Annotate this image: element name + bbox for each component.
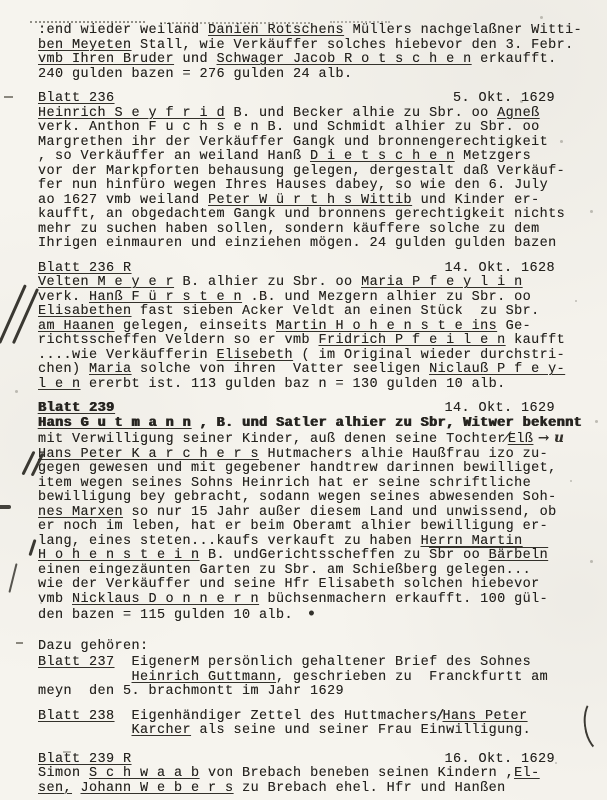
underlined-name: vmb Ihren Bruder bbox=[38, 52, 174, 67]
text-segment: einen eingezäunten Garten zu Sbr. am Sch… bbox=[38, 563, 531, 578]
document-line: item wegen seines Sohns Heinrich hat er … bbox=[38, 477, 595, 492]
margin-double-slash-large-icon bbox=[0, 284, 26, 343]
scanned-document-page: :end wieder weiland Danien Rotschens Mül… bbox=[0, 0, 607, 800]
document-line: ben Meyeten Stall, wie Verkäuffer solche… bbox=[38, 39, 595, 54]
underlined-name: Heinrich S e y f r i d bbox=[38, 106, 225, 121]
text-segment: solche von ihren Vatter seeligen bbox=[132, 362, 430, 377]
text-segment: EigenerM persönlich gehaltener Brief des… bbox=[115, 655, 532, 670]
document-line: Elisabethen fast sieben Acker Veldt an e… bbox=[38, 305, 595, 320]
handwritten-mark: • bbox=[293, 606, 316, 622]
underlined-name: Maria bbox=[89, 362, 132, 377]
intro-paragraph: :end wieder weiland Danien Rotschens Mül… bbox=[38, 24, 595, 82]
entry-blatt-236: Blatt 2365. Okt. 1629Heinrich S e y f r … bbox=[38, 92, 595, 252]
text-segment: er noch im leben, hat er beim Oberamt al… bbox=[38, 519, 548, 534]
text-segment: kaufft, an obgedachtem Gangk und bronnen… bbox=[38, 207, 565, 222]
text-segment: chen) bbox=[38, 362, 89, 377]
entry-blatt-239: Blatt 23914. Okt. 1629Hans G u t m a n n… bbox=[38, 402, 595, 624]
text-segment bbox=[72, 781, 81, 796]
underlined-name: Elisebeth bbox=[217, 348, 294, 363]
text-segment: mehr zu suchen haben sollen, sondern käu… bbox=[38, 222, 540, 237]
document-line: , so Verkäuffer an weiland Hanß D i e t … bbox=[38, 150, 595, 165]
scan-speck bbox=[595, 420, 598, 423]
document-line: mehr zu suchen haben sollen, sondern käu… bbox=[38, 223, 595, 238]
underlined-name: Elisabethen bbox=[38, 304, 132, 319]
text-segment: Stall, wie Verkäuffer solches hiebevor d… bbox=[132, 38, 574, 53]
text-segment: vmb bbox=[38, 592, 72, 607]
text-segment: büchsenmachern erkaufft. 100 gül- bbox=[259, 592, 548, 607]
underlined-name: Niclauß P f e y- bbox=[429, 362, 565, 377]
document-line: l e n ererbt ist. 113 gulden baz n = 130… bbox=[38, 378, 595, 393]
underlined-name: Heinrich Guttmann bbox=[132, 670, 277, 685]
text-segment bbox=[38, 670, 132, 685]
blatt-label: Blatt 239 R bbox=[38, 752, 132, 767]
underlined-name: El- bbox=[514, 766, 540, 781]
text-segment: mit Verwilligung seiner Kinder, auß dene… bbox=[38, 432, 506, 447]
text-segment: Eigenhändiger Zettel des Huttmachers bbox=[115, 709, 438, 724]
underlined-name: Elß bbox=[508, 432, 534, 447]
document-line: meyn den 5. brachmontt im Jahr 1629 bbox=[38, 685, 595, 700]
entry-header-line: Blatt 23914. Okt. 1629 bbox=[38, 402, 595, 417]
text-segment: Simon bbox=[38, 766, 89, 781]
document-text: :end wieder weiland Danien Rotschens Mül… bbox=[38, 24, 595, 796]
document-line: Blatt 238 Eigenhändiger Zettel des Huttm… bbox=[38, 708, 595, 725]
scan-speck bbox=[15, 390, 18, 393]
underlined-name: D i e t s c h e n bbox=[310, 149, 455, 164]
document-line: vmb Ihren Bruder und Schwager Jacob R o … bbox=[38, 53, 595, 68]
document-line: H o h e n s t e i n B. undGerichtsscheff… bbox=[38, 549, 595, 564]
text-segment: und bbox=[174, 52, 217, 67]
entry-blatt-237: Blatt 237 EigenerM persönlich gehaltener… bbox=[38, 656, 595, 700]
text-segment: fer nun hinfüro wegen Ihres Hauses dabey… bbox=[38, 178, 548, 193]
text-segment: lang, eines steten...kaufs verkauft zu h… bbox=[38, 534, 421, 549]
entry-date: 14. Okt. 1628 bbox=[444, 262, 555, 277]
document-line: Hans Peter K a r c h e r s Hutmachers al… bbox=[38, 448, 595, 463]
underlined-name: nes Marxen bbox=[38, 505, 123, 520]
text-segment: richtsscheffen Veldern so er vmb bbox=[38, 333, 319, 348]
document-line: ....wie Verkäufferin Elisebeth ( im Orig… bbox=[38, 349, 595, 364]
entry-header-line: Blatt 2365. Okt. 1629 bbox=[38, 92, 595, 107]
entry-header-line: Blatt 236 R14. Okt. 1628 bbox=[38, 262, 595, 277]
document-line: Karcher als seine und seiner Frau Einwil… bbox=[38, 724, 595, 739]
text-segment bbox=[38, 723, 132, 738]
dazu-gehoeren-heading: Dazu gehören: bbox=[38, 640, 595, 655]
document-line: chen) Maria solche von ihren Vatter seel… bbox=[38, 363, 595, 378]
margin-slash-icon bbox=[8, 563, 17, 593]
underlined-name: Martin H o h e n s t e ins bbox=[276, 319, 497, 334]
text-segment: als seine und seiner Frau Einwilligung. bbox=[191, 723, 531, 738]
document-line: :end wieder weiland Danien Rotschens Mül… bbox=[38, 24, 595, 39]
scan-speck bbox=[540, 16, 543, 19]
underlined-name: Velten M e y e r bbox=[38, 275, 174, 290]
text-segment: fast sieben Acker Veldt an einen Stück z… bbox=[132, 304, 540, 319]
text-segment: Müllers nachgelaßner Witti- bbox=[344, 23, 582, 38]
text-segment: Ge- bbox=[497, 319, 531, 334]
document-line: Ihrigen einmauren und einziehen mögen. 2… bbox=[38, 237, 595, 252]
document-line: verk. Hanß F ü r s t e n .B. und Mezgern… bbox=[38, 291, 595, 306]
blatt-label: Blatt 239 bbox=[38, 401, 115, 416]
document-line: einen eingezäunten Garten zu Sbr. am Sch… bbox=[38, 564, 595, 579]
scan-dash bbox=[16, 642, 23, 644]
text-segment: erkaufft. bbox=[472, 52, 557, 67]
underlined-name: Blatt 237 bbox=[38, 655, 115, 670]
document-line: den bazen = 115 gulden 10 alb. • bbox=[38, 607, 595, 624]
document-line: Heinrich S e y f r i d B. und Becker alh… bbox=[38, 107, 595, 122]
document-line: 240 gulden bazen = 276 gulden 24 alb. bbox=[38, 68, 595, 83]
text-segment: zu Brebach ehel. Hfr und Hanßen bbox=[234, 781, 506, 796]
document-line: wie der Verkäuffer und seine Hfr Elisabe… bbox=[38, 578, 595, 593]
underlined-name: Peter W ü r t h s Wittib bbox=[208, 193, 412, 208]
underlined-name: Schwager Jacob R o t s c h e n bbox=[217, 52, 472, 67]
underlined-name: sen, bbox=[38, 781, 72, 796]
document-line: bewilligung bey gebracht, sodann wegen s… bbox=[38, 491, 595, 506]
text-segment: , so Verkäuffer an weiland Hanß bbox=[38, 149, 310, 164]
text-segment: , geschrieben zu Franckfurtt am bbox=[276, 670, 548, 685]
document-line: Dazu gehören: bbox=[38, 640, 595, 655]
underlined-name: Hans Peter bbox=[443, 709, 528, 724]
text-segment: kaufft bbox=[506, 333, 566, 348]
underlined-name: ben Meyeten bbox=[38, 38, 132, 53]
document-line: richtsscheffen Veldern so er vmb Fridric… bbox=[38, 334, 595, 349]
margin-tick-icon bbox=[28, 539, 36, 556]
document-line: ao 1627 vmb weiland Peter W ü r t h s Wi… bbox=[38, 194, 595, 209]
entry-blatt-238: Blatt 238 Eigenhändiger Zettel des Huttm… bbox=[38, 708, 595, 739]
text-segment: item wegen seines Sohns Heinrich hat er … bbox=[38, 476, 531, 491]
text-segment: Hutmachers alhie Haußfrau izo zu- bbox=[259, 447, 548, 462]
text-segment: gelegen, einseits bbox=[115, 319, 277, 334]
document-line: Margrethen ihr der Verkäuffer Gangk und … bbox=[38, 136, 595, 151]
text-segment: Sbr oo bbox=[429, 548, 489, 563]
text-segment: meyn den 5. brachmontt im Jahr 1629 bbox=[38, 684, 344, 699]
underlined-name: Agneß bbox=[497, 106, 540, 121]
entry-blatt-236r: Blatt 236 R14. Okt. 1628Velten M e y e r… bbox=[38, 262, 595, 393]
underlined-name: Fridrich P f e i l e n bbox=[319, 333, 506, 348]
text-segment: Ihrigen einmauren und einziehen mögen. 2… bbox=[38, 236, 557, 251]
document-line: gegen gewesen und mit gegebener handtrew… bbox=[38, 462, 595, 477]
text-segment: bewilligung bey gebracht, sodann wegen s… bbox=[38, 490, 557, 505]
text-segment: und Kinder er- bbox=[412, 193, 540, 208]
underlined-name: Blatt 238 bbox=[38, 709, 115, 724]
text-segment: wie der Verkäuffer und seine Hfr Elisabe… bbox=[38, 577, 540, 592]
text-segment: B. undGerichtsscheffen zu bbox=[200, 548, 430, 563]
underlined-name: Nicklaus D o n n e r n bbox=[72, 592, 259, 607]
text-segment: 240 gulden bazen = 276 gulden 24 alb. bbox=[38, 67, 353, 82]
underlined-name: Karcher bbox=[132, 723, 192, 738]
text-segment: Margrethen ihr der Verkäuffer Gangk und … bbox=[38, 135, 548, 150]
entry-date: 16. Okt. 1629 bbox=[444, 753, 555, 768]
handwritten-mark: → u bbox=[533, 430, 564, 446]
underlined-name: S c h w a a b bbox=[89, 766, 200, 781]
entry-date: 14. Okt. 1629 bbox=[444, 402, 555, 417]
blatt-label: Blatt 236 R bbox=[38, 261, 132, 276]
document-line: nes Marxen so nur 15 Jahr außer diesem L… bbox=[38, 506, 595, 521]
underlined-name: l e n bbox=[38, 377, 81, 392]
underlined-name: Hanß F ü r s t e n bbox=[89, 290, 242, 305]
underlined-name: Johann W e b e r s bbox=[81, 781, 234, 796]
text-segment: von Brebach beneben seinen Kindern , bbox=[200, 766, 515, 781]
document-line: Velten M e y e r B. alhier zu Sbr. oo Ma… bbox=[38, 276, 595, 291]
document-line: vor der Markpforten behausung gelegen, d… bbox=[38, 165, 595, 180]
document-line: am Haanen gelegen, einseits Martin H o h… bbox=[38, 320, 595, 335]
document-line: vmb Nicklaus D o n n e r n büchsenmacher… bbox=[38, 593, 595, 608]
document-line: lang, eines steten...kaufs verkauft zu h… bbox=[38, 535, 595, 550]
document-line: fer nun hinfüro wegen Ihres Hauses dabey… bbox=[38, 179, 595, 194]
blatt-label: Blatt 236 bbox=[38, 91, 115, 106]
text-segment: :end wieder weiland bbox=[38, 23, 208, 38]
margin-edge-tick-icon bbox=[0, 505, 11, 509]
underlined-name: Hans Peter K a r c h e r s bbox=[38, 447, 259, 462]
underlined-name: am Haanen bbox=[38, 319, 115, 334]
entry-blatt-239r: Blatt 239 R16. Okt. 1629Simon S c h w a … bbox=[38, 753, 595, 797]
text-segment: ao 1627 vmb weiland bbox=[38, 193, 208, 208]
document-line: Blatt 237 EigenerM persönlich gehaltener… bbox=[38, 656, 595, 671]
text-segment: ....wie Verkäufferin bbox=[38, 348, 217, 363]
underlined-name: Hans G u t m a n n bbox=[38, 416, 191, 431]
scan-dash bbox=[4, 96, 13, 98]
text-segment: .B. und Mezgern alhier zu Sbr. oo bbox=[242, 290, 531, 305]
text-segment: B. alhier zu Sbr. oo bbox=[174, 275, 361, 290]
document-line: Simon S c h w a a b von Brebach beneben … bbox=[38, 767, 595, 782]
text-segment: ( im Original wieder durchstri- bbox=[293, 348, 565, 363]
text-segment: Dazu gehören: bbox=[38, 639, 149, 654]
entry-date: 5. Okt. 1629 bbox=[453, 92, 555, 107]
entry-header-line: Blatt 239 R16. Okt. 1629 bbox=[38, 753, 595, 768]
text-segment: verk. Anthon F u c h s e n B. und Schmid… bbox=[38, 120, 540, 135]
document-line: Hans G u t m a n n , B. und Satler alhie… bbox=[38, 417, 595, 432]
text-segment: den bazen = 115 gulden 10 alb. bbox=[38, 608, 293, 623]
document-line: Heinrich Guttmann, geschrieben zu Franck… bbox=[38, 671, 595, 686]
underlined-name: Danien Rotschens bbox=[208, 23, 344, 38]
document-line: kaufft, an obgedachtem Gangk und bronnen… bbox=[38, 208, 595, 223]
text-segment: B. und Becker alhie zu Sbr. oo bbox=[225, 106, 497, 121]
text-segment: so nur 15 Jahr außer diesem Land und unw… bbox=[123, 505, 557, 520]
text-segment: gegen gewesen und mit gegebener handtrew… bbox=[38, 461, 557, 476]
underlined-name: Herrn Martin bbox=[421, 534, 523, 549]
document-line: mit Verwilligung seiner Kinder, auß dene… bbox=[38, 431, 595, 448]
text-segment: , B. und Satler alhier zu Sbr, Witwer be… bbox=[191, 416, 582, 431]
underlined-name: Bärbeln bbox=[489, 548, 549, 563]
text-segment: ererbt ist. 113 gulden baz n = 130 gulde… bbox=[81, 377, 506, 392]
document-line: verk. Anthon F u c h s e n B. und Schmid… bbox=[38, 121, 595, 136]
document-line: sen, Johann W e b e r s zu Brebach ehel.… bbox=[38, 782, 595, 797]
underlined-name: Maria P f e y l i n bbox=[361, 275, 523, 290]
text-segment: vor der Markpforten behausung gelegen, d… bbox=[38, 164, 565, 179]
underlined-name: H o h e n s t e i n bbox=[38, 548, 200, 563]
text-segment: Metzgers bbox=[455, 149, 532, 164]
document-line: er noch im leben, hat er beim Oberamt al… bbox=[38, 520, 595, 535]
margin-double-slash-large-icon bbox=[12, 288, 39, 344]
text-segment: verk. bbox=[38, 290, 89, 305]
